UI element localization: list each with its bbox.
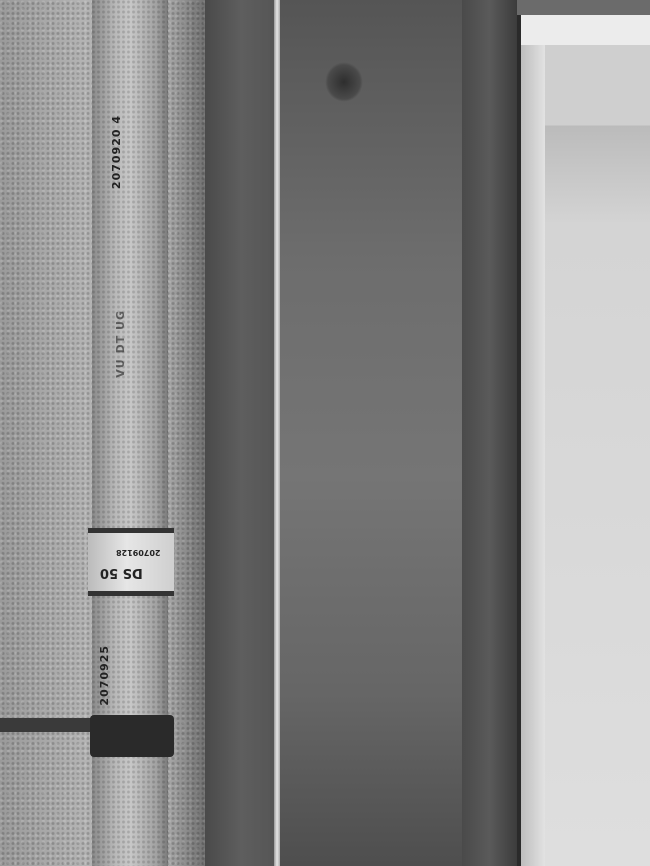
pipe-bracket [0,718,95,732]
door-header [521,15,650,45]
pipe-fitting [88,528,174,596]
pipe-print-middle: VU DT UG [114,310,127,378]
wall-shadow [170,0,210,866]
fitting-date: 20709128 [116,548,161,557]
concrete-pillar-edge [462,0,517,866]
concrete-pillar-left [205,0,277,866]
pipe-print-lower: 2070925 [98,645,111,706]
concrete-hole [325,62,363,102]
photo-scene: 2070920 4 VU DT UG DS 50 20709128 207092… [0,0,650,866]
pipe-print-upper: 2070920 4 [110,115,123,189]
fitting-code: DS 50 [100,565,143,580]
door-jamb [521,45,545,866]
concrete-pillar-face [280,0,470,866]
door-panel [545,45,650,866]
pipe-clamp [90,715,174,757]
